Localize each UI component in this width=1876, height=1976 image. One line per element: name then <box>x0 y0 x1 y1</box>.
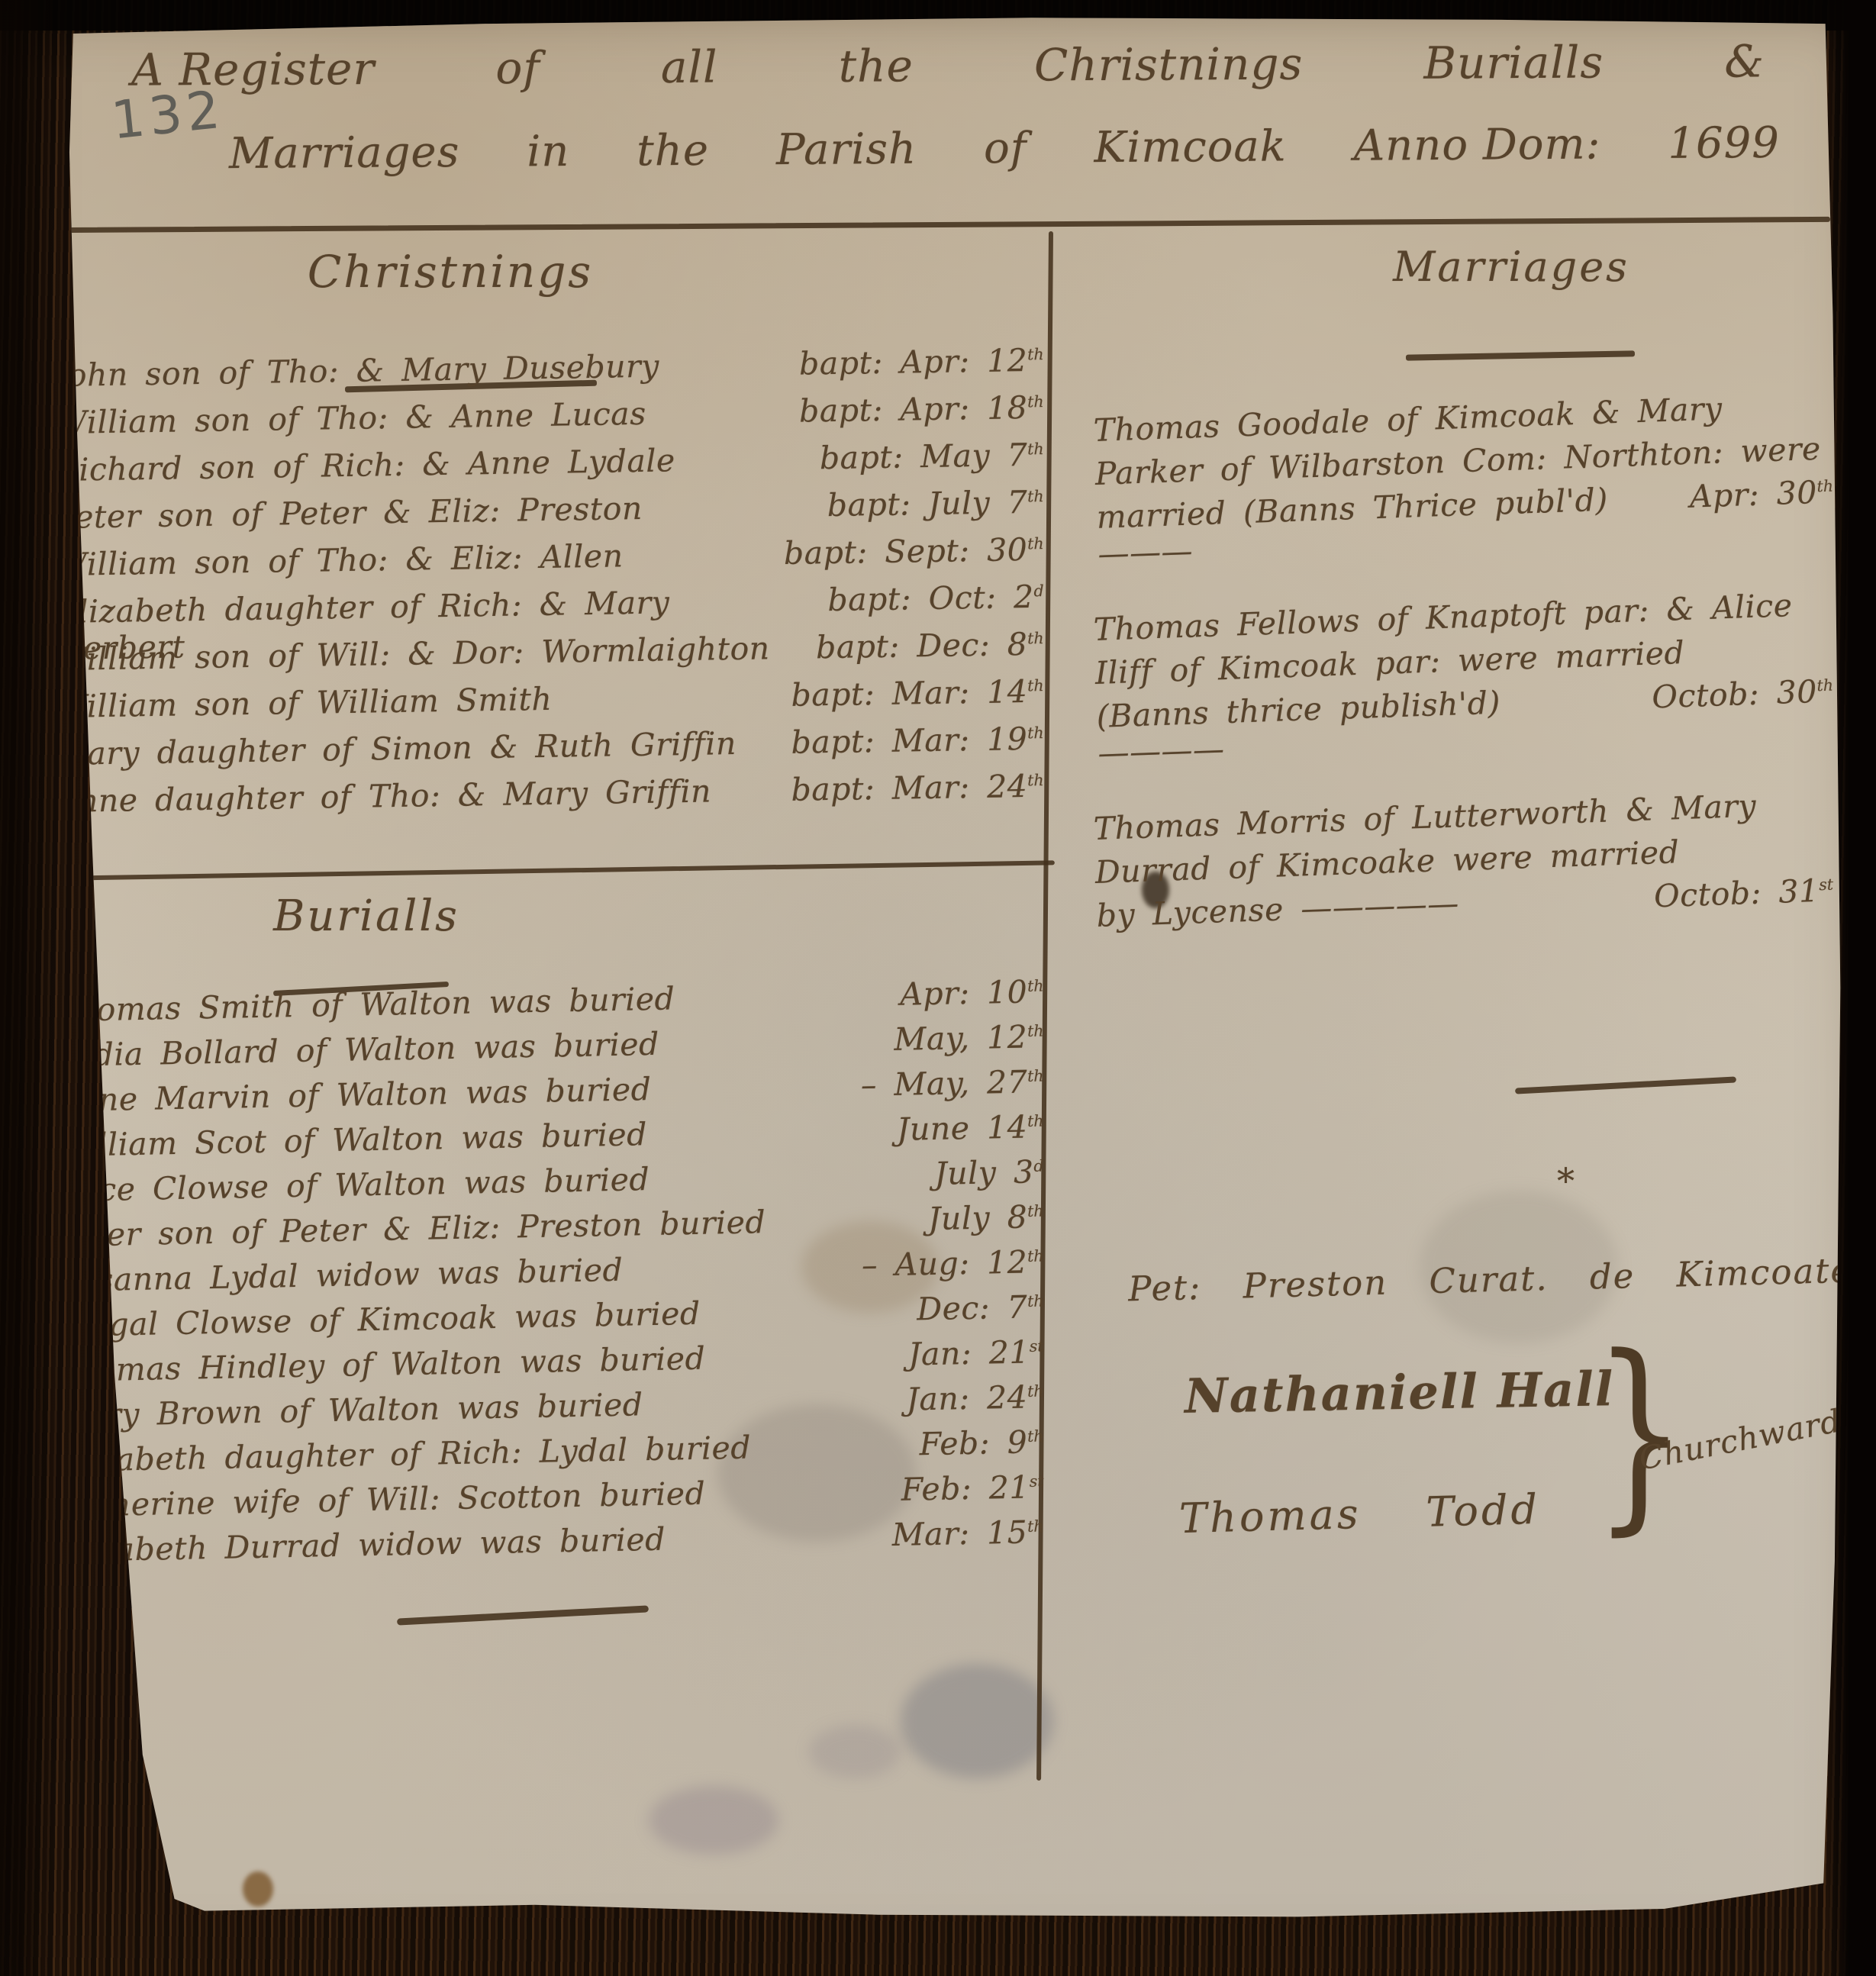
entry-date: bapt: Oct: 2d <box>827 579 1044 618</box>
entry-date: July 8th <box>928 1198 1045 1237</box>
marriage-entry: Thomas Morris of Lutterworth & Mary Durr… <box>1093 785 1834 941</box>
christnings-list: John son of Tho: & Mary Dusebury bapt: A… <box>55 357 1044 830</box>
entry-date: bapt: Mar: 24th <box>791 768 1044 808</box>
entry-date: Apr: 10th <box>900 973 1044 1013</box>
photo-canvas: 132 A RegisterofalltheChristningsBuriall… <box>0 0 1876 1976</box>
entry-date: bapt: Sept: 30th <box>784 531 1045 572</box>
entry-date: bapt: July 7th <box>827 484 1044 524</box>
title-word: all <box>661 41 718 93</box>
title-word: Burialls <box>1423 37 1604 89</box>
stain <box>809 1725 901 1778</box>
title-word: of <box>495 42 540 94</box>
stain <box>243 1871 273 1907</box>
entry-date: June 14th <box>897 1108 1045 1148</box>
signature-brace: } <box>1594 1330 1686 1537</box>
entry-date: Jan: 24th <box>906 1378 1044 1417</box>
entry-date: Feb: 21st <box>901 1468 1044 1508</box>
stain <box>901 1664 1053 1778</box>
entry-date: bapt: Mar: 19th <box>791 720 1044 761</box>
title-word: the <box>637 126 709 176</box>
burialls-heading: Burialls <box>137 891 595 941</box>
small-mark: * <box>1557 1160 1575 1201</box>
entry-text: William son of Tho: & Eliz: Allen <box>55 537 624 583</box>
entry-date: July 3d <box>934 1153 1044 1192</box>
title-word: Christnings <box>1034 38 1304 92</box>
entry-date: May, 12th <box>894 1018 1044 1058</box>
entry-date: bapt: Apr: 12th <box>799 342 1044 382</box>
title-word: in <box>527 127 569 176</box>
entry-date: Apr: 30th <box>1689 473 1834 515</box>
stain <box>649 1786 778 1855</box>
entry-date: Dec: 7th <box>917 1288 1044 1327</box>
title-word: Anno Dom: <box>1354 120 1601 171</box>
marriage-entry: Thomas Fellows of Knaptoft par: & Alice … <box>1093 585 1834 742</box>
churchwarden-signature-2: Thomas Todd <box>1178 1485 1541 1542</box>
entry-date: bapt: Mar: 14th <box>791 673 1044 714</box>
title-word: A Register <box>131 43 375 96</box>
entry-date: bapt: Dec: 8th <box>816 626 1044 666</box>
title-word: & <box>1724 35 1765 87</box>
entry-date: – May, 27th <box>860 1063 1044 1104</box>
marriage-entry: Thomas Goodale of Kimcoak & Mary Parker … <box>1093 386 1834 543</box>
entry-date: – Aug: 12th <box>861 1243 1044 1284</box>
title-line-1: A RegisterofalltheChristningsBurialls& <box>131 35 1765 95</box>
christnings-heading: Christnings <box>46 246 855 298</box>
title-word: of <box>984 124 1027 173</box>
title-word: Kimcoak <box>1094 121 1287 172</box>
entry-date: bapt: Apr: 18th <box>799 389 1044 430</box>
marriages-heading: Marriages <box>1297 243 1725 291</box>
left-shadow <box>0 0 56 1976</box>
entry-date: Jan: 21st <box>908 1333 1044 1372</box>
entry-date: Octob: 30th <box>1652 672 1834 715</box>
entry-date: Mar: 15th <box>891 1513 1044 1553</box>
parchment-page: 132 A RegisterofalltheChristningsBuriall… <box>0 0 1876 1976</box>
title-word: 1699 <box>1668 118 1780 169</box>
burialls-list: Thomas Smith of Walton was buried Apr: 1… <box>55 992 1044 1578</box>
title-word: Parish <box>776 124 917 175</box>
title-word: the <box>839 40 914 92</box>
entry-text: William son of William Smith <box>55 681 553 725</box>
entry-date: Feb: 9th <box>919 1423 1044 1462</box>
churchwarden-signature-1: Nathaniell Hall <box>1184 1361 1615 1424</box>
entry-date: Octob: 31st <box>1653 872 1834 914</box>
entry-date: bapt: May 7th <box>819 437 1044 477</box>
title-word: Marriages <box>229 127 460 179</box>
marriages-list: Thomas Goodale of Kimcoak & Mary Parker … <box>1093 412 1830 1010</box>
